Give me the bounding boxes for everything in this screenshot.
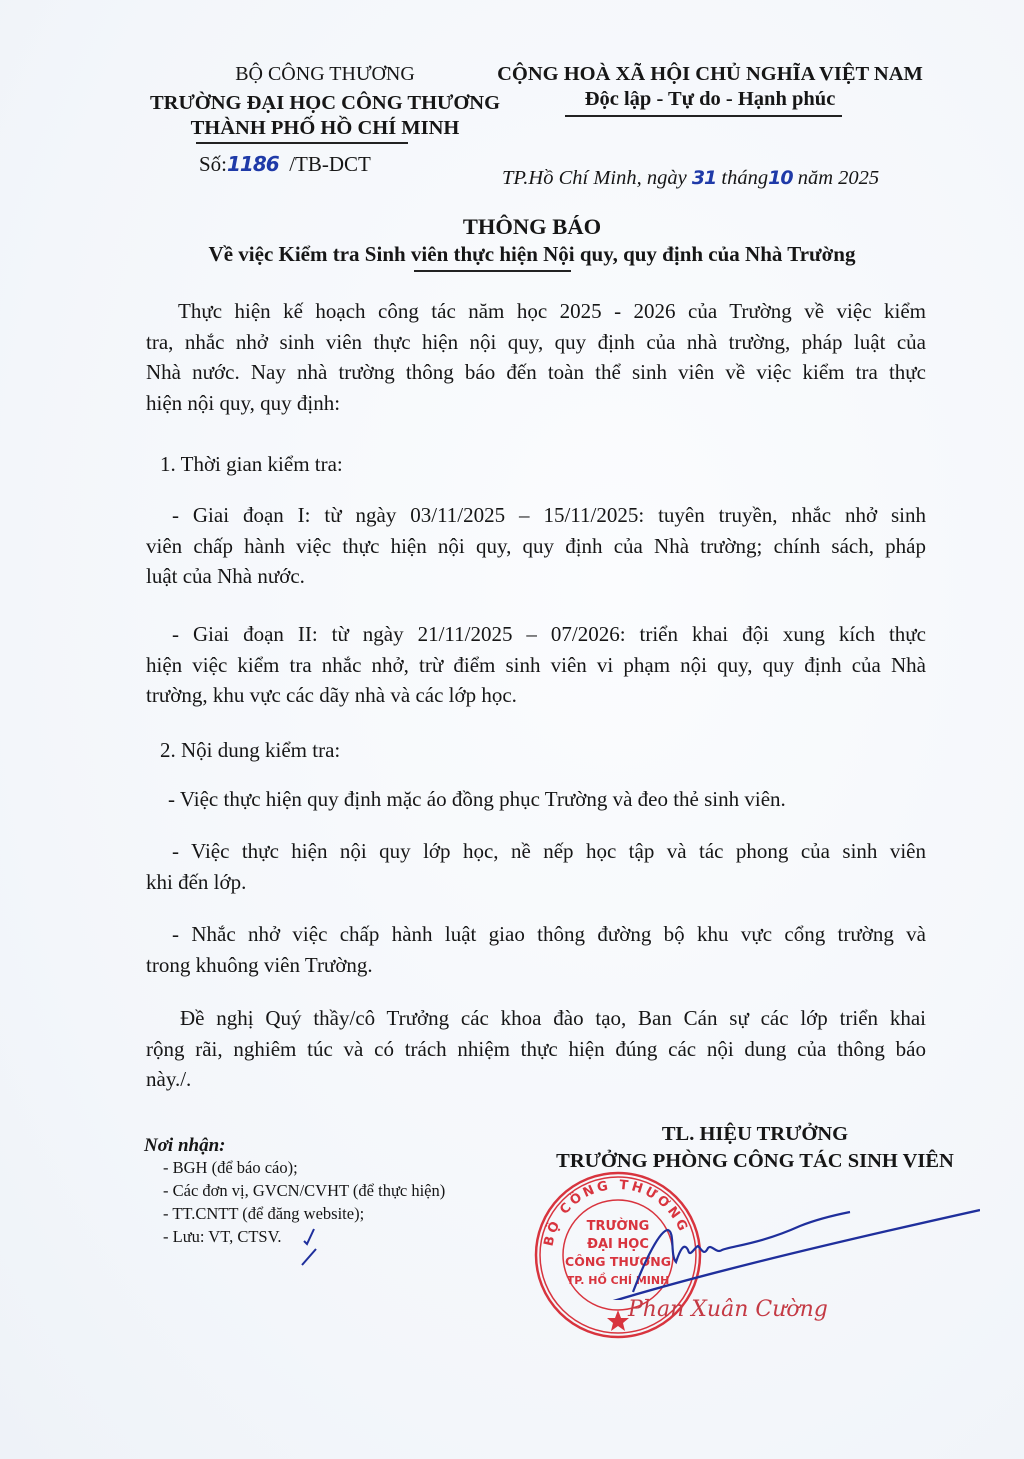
school-name-line1: TRƯỜNG ĐẠI HỌC CÔNG THƯƠNG xyxy=(150,92,500,115)
document-page: BỘ CÔNG THƯƠNG TRƯỜNG ĐẠI HỌC CÔNG THƯƠN… xyxy=(0,0,1024,1459)
section1-heading: 1. Thời gian kiểm tra: xyxy=(160,452,343,477)
national-motto: Độc lập - Tự do - Hạnh phúc xyxy=(490,88,930,111)
date-day: 31 xyxy=(692,167,716,189)
school-name-line2: THÀNH PHỐ HỒ CHÍ MINH xyxy=(150,117,500,140)
recipient-item: - TT.CNTT (để đăng website); xyxy=(163,1204,364,1224)
recipient-item: - BGH (để báo cáo); xyxy=(163,1158,298,1178)
signer-name: Phan Xuân Cường xyxy=(628,1297,828,1322)
text-line: - Việc thực hiện nội quy lớp học, nề nếp… xyxy=(146,836,926,867)
phase1-paragraph: - Giai đoạn I: từ ngày 03/11/2025 – 15/1… xyxy=(146,500,926,592)
doc-number-prefix: Số: xyxy=(199,152,227,176)
header-left-divider xyxy=(196,142,408,144)
handwritten-checkmark-icon xyxy=(290,1225,330,1270)
text-line: hiện việc kiểm tra nhắc nhở, trừ điểm si… xyxy=(146,650,926,681)
republic-heading: CỘNG HOÀ XÃ HỘI CHỦ NGHĨA VIỆT NAM xyxy=(490,63,930,86)
header-right-divider xyxy=(565,115,842,117)
text-line: trong khuông viên Trường. xyxy=(146,950,926,981)
date-month-label: tháng xyxy=(721,167,768,189)
text-line: - Giai đoạn II: từ ngày 21/11/2025 – 07/… xyxy=(146,619,926,650)
text-line: Thực hiện kế hoạch công tác năm học 2025… xyxy=(146,296,926,327)
date-place: TP.Hồ Chí Minh, ngày xyxy=(502,167,687,189)
text-line: viên chấp hành việc thực hiện nội quy, q… xyxy=(146,531,926,562)
text-line: rộng rãi, nghiêm túc và có trách nhiệm t… xyxy=(146,1034,926,1065)
doc-number-suffix: /TB-DCT xyxy=(289,152,371,176)
signature-title-line1: TL. HIỆU TRƯỞNG xyxy=(510,1123,1000,1146)
closing-paragraph: Đề nghị Quý thầy/cô Trưởng các khoa đào … xyxy=(146,1003,926,1095)
date-month: 10 xyxy=(768,167,792,189)
date-year: năm 2025 xyxy=(798,167,879,189)
recipient-item: - Lưu: VT, CTSV. xyxy=(163,1227,282,1247)
text-line: trường, khu vực các dãy nhà và các lớp h… xyxy=(146,680,926,711)
text-line: khi đến lớp. xyxy=(146,867,926,898)
doc-number-handwritten: 1186 xyxy=(227,152,279,176)
text-line: hiện nội quy, quy định: xyxy=(146,388,926,419)
check-item-1: - Việc thực hiện quy định mặc áo đồng ph… xyxy=(168,787,786,812)
title-divider xyxy=(414,270,571,272)
text-line: - Giai đoạn I: từ ngày 03/11/2025 – 15/1… xyxy=(146,500,926,531)
handwritten-signature-icon xyxy=(500,1170,980,1300)
ministry-name: BỘ CÔNG THƯƠNG xyxy=(150,63,500,86)
text-line: Nhà nước. Nay nhà trường thông báo đến t… xyxy=(146,357,926,388)
phase2-paragraph: - Giai đoạn II: từ ngày 21/11/2025 – 07/… xyxy=(146,619,926,711)
recipient-item: - Các đơn vị, GVCN/CVHT (để thực hiện) xyxy=(163,1181,445,1201)
text-line: này./. xyxy=(146,1064,926,1095)
intro-paragraph: Thực hiện kế hoạch công tác năm học 2025… xyxy=(146,296,926,418)
check-item-2: - Việc thực hiện nội quy lớp học, nề nếp… xyxy=(146,836,926,897)
document-title: THÔNG BÁO xyxy=(0,214,1024,240)
text-line: luật của Nhà nước. xyxy=(146,561,926,592)
text-line: tra, nhắc nhở sinh viên thực hiện nội qu… xyxy=(146,327,926,358)
document-number: Số:1186 /TB-DCT xyxy=(199,152,371,177)
recipients-heading: Nơi nhận: xyxy=(144,1135,225,1157)
document-subtitle: Về việc Kiểm tra Sinh viên thực hiện Nội… xyxy=(0,242,1024,267)
text-line: - Nhắc nhở việc chấp hành luật giao thôn… xyxy=(146,919,926,950)
check-item-3: - Nhắc nhở việc chấp hành luật giao thôn… xyxy=(146,919,926,980)
date-line: TP.Hồ Chí Minh, ngày 31 tháng10 năm 2025 xyxy=(502,167,879,190)
text-line: Đề nghị Quý thầy/cô Trưởng các khoa đào … xyxy=(146,1003,926,1034)
section2-heading: 2. Nội dung kiểm tra: xyxy=(160,738,340,763)
